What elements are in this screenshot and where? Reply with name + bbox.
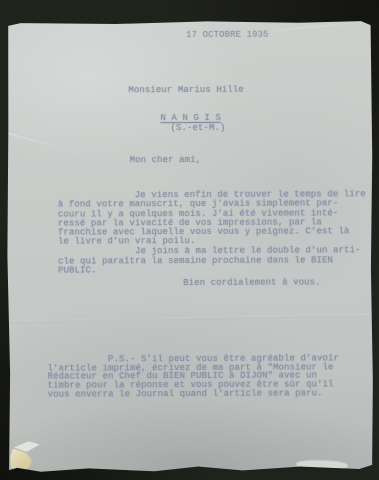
body-paragraph-2: Je joins à ma lettre le double d'un arti… (58, 246, 361, 276)
letter-page: 17 OCTOBRE 1935 Monsieur Marius Hille N … (6, 20, 374, 473)
typed-line: cle qui paraîtra la semaine prochaine da… (58, 256, 361, 267)
typed-line: PUBLIC. (58, 265, 361, 276)
letter-date-stamp: 17 OCTOBRE 1935 (186, 30, 269, 40)
paper-crease (7, 314, 373, 324)
recipient-department: (S.-et-M.) (170, 123, 225, 133)
recipient-name: Monsieur Marius Hille (128, 85, 244, 96)
closing-formula: Bien cordialement à vous. (183, 277, 321, 288)
recipient-address-line: N A N G I S (S.-et-M.) (127, 103, 225, 143)
letter-photograph: 17 OCTOBRE 1935 Monsieur Marius Hille N … (0, 0, 379, 480)
postscript-paragraph: P.S.- S'il peut vous être agréable d'avo… (47, 354, 339, 399)
torn-paper-fragment (9, 449, 33, 473)
recipient-town: N A N G I S (160, 113, 221, 123)
body-paragraph-1: Je viens enfin de trouver le temps de li… (58, 190, 366, 247)
salutation: Mon cher ami, (130, 155, 202, 165)
paper-edge-highlight (296, 460, 348, 471)
typed-line: vous enverra le Journal quand l'article … (48, 389, 340, 399)
paper-crease (2, 131, 94, 159)
